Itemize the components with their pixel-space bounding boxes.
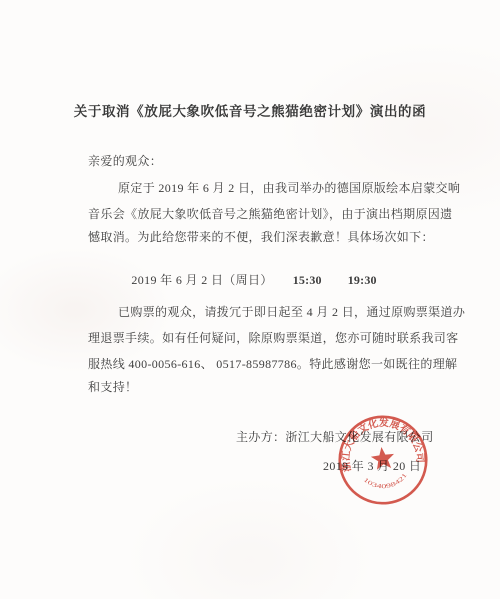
salutation: 亲爱的观众：	[88, 152, 162, 169]
schedule-time-1: 15:30	[293, 273, 322, 287]
paragraph2-line1: 已购票的观众，请拨冗于即日起至 4 月 2 日，通过原购票渠道办	[118, 303, 465, 320]
schedule-date: 2019 年 6 月 2 日（周日）	[131, 273, 272, 287]
paragraph2-line3: 服热线 400-0056-616、 0517-85987786。特此感谢您一如既…	[88, 355, 457, 372]
paragraph2-line4: 和支持！	[88, 378, 137, 395]
svg-text:1034098421: 1034098421	[361, 472, 410, 493]
schedule-time-2: 19:30	[348, 273, 377, 287]
company-seal: 浙江大船文化发展有限公司 1034098421	[331, 408, 436, 513]
paragraph1-line3: 憾取消。为此给您带来的不便，我们深表歉意！具体场次如下：	[88, 228, 434, 245]
paragraph1-line1: 原定于 2019 年 6 月 2 日，由我司举办的德国原版绘本启蒙交响	[118, 179, 460, 196]
paragraph2-line2: 理退票手续。如有任何疑问，除原购票渠道，您亦可随时联系我司客	[88, 329, 459, 346]
paragraph1-line2: 音乐会《放屁大象吹低音号之熊猫绝密计划》，由于演出档期原因遗	[88, 205, 453, 222]
company-seal-graphic: 浙江大船文化发展有限公司 1034098421	[331, 408, 436, 513]
schedule-line: 2019 年 6 月 2 日（周日）15:3019:30	[118, 256, 377, 303]
letter-title: 关于取消《放屁大象吹低音号之熊猫绝密计划》演出的函	[0, 100, 500, 120]
scanned-letter-page: 关于取消《放屁大象吹低音号之熊猫绝密计划》演出的函 亲爱的观众： 原定于 201…	[0, 0, 500, 599]
seal-registration-number: 1034098421	[361, 472, 410, 493]
seal-star-icon	[370, 446, 396, 471]
